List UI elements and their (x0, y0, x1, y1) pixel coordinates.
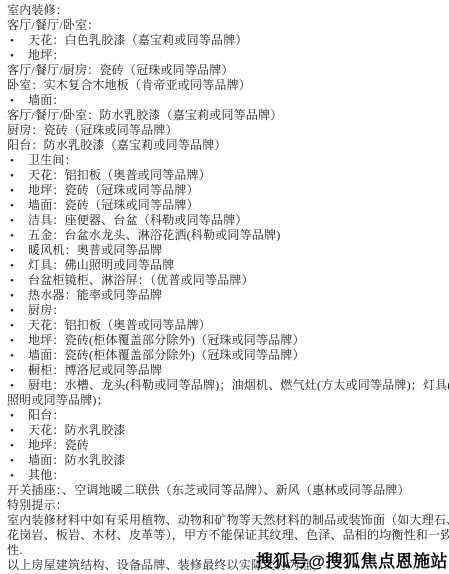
line-text: 客厅/餐厅/卧室： (7, 18, 99, 32)
line-text: 暖风机：奥普或同等品牌 (28, 243, 162, 257)
line-text: 墙面： (28, 93, 65, 107)
bullet-list-item: •热水器：能率或同等品牌 (0, 288, 449, 303)
bullet-list-item: •暖风机：奥普或同等品牌 (0, 243, 449, 258)
bullet-icon: • (10, 454, 28, 469)
line-text: 照明或同等品牌)； (7, 393, 109, 407)
line-text: 阳台：防水乳胶漆（嘉宝莉或同等品牌） (7, 138, 227, 152)
bullet-icon: • (10, 154, 28, 169)
bullet-icon: • (10, 94, 28, 109)
line-text: 五金：台盆水龙头、淋浴花洒(科勒或同等品牌) (28, 228, 280, 242)
line-text: 客厅/餐厅/卧室：防水乳胶漆（嘉宝莉或同等品牌） (7, 108, 282, 122)
bullet-list-item: •天花：铝扣板（奥普或同等品牌） (0, 168, 449, 183)
line-text: 墙面：防水乳胶漆 (28, 453, 126, 467)
bullet-list-item: •橱柜：博洛尼或同等品牌 (0, 363, 449, 378)
line-text: 天花：防水乳胶漆 (28, 423, 126, 437)
line-text: 开关插座：、空调地暖二联供（东芝或同等品牌）、新风（惠林或同等品牌） (7, 483, 410, 497)
line-text: 性. (7, 543, 22, 557)
bullet-icon: • (10, 364, 28, 379)
line-text: 室内装修： (7, 3, 68, 17)
bullet-list-item: •厨电：水槽、龙头(科勒或同等品牌)；油烟机、燃气灶(方太或同等品牌)；灯具(佛… (0, 378, 449, 393)
bullet-icon: • (10, 259, 28, 274)
line-text: 阳台： (28, 408, 65, 422)
bullet-icon: • (10, 169, 28, 184)
line-text: 天花：铝扣板（奥普或同等品牌） (28, 318, 211, 332)
bullet-list-item: •墙面：瓷砖（冠珠或同等品牌） (0, 198, 449, 213)
bullet-list-item: •台盆柜镜柜、淋浴屏：（优普或同等品牌） (0, 273, 449, 288)
document-line: 阳台：防水乳胶漆（嘉宝莉或同等品牌） (0, 138, 449, 153)
bullet-icon: • (10, 469, 28, 484)
bullet-list-item: •地坪： (0, 48, 449, 63)
bullet-list-item: •墙面： (0, 93, 449, 108)
bullet-icon: • (10, 304, 28, 319)
bullet-icon: • (10, 49, 28, 64)
bullet-list-item: •墙面：防水乳胶漆 (0, 453, 449, 468)
line-text: 其他： (28, 468, 65, 482)
line-text: 厨房：瓷砖（冠珠或同等品牌） (7, 123, 178, 137)
line-text: 厨房： (28, 303, 65, 317)
line-text: 地坪： (28, 48, 65, 62)
bullet-list-item: •卫生间： (0, 153, 449, 168)
bullet-icon: • (10, 244, 28, 259)
bullet-list-item: •地坪：瓷砖（冠珠或同等品牌） (0, 183, 449, 198)
sohu-watermark: 搜狐号@搜狐焦点恩施站 (256, 547, 448, 572)
line-text: 洁具：座便器、台盆（科勒或同等品牌） (28, 213, 248, 227)
document-line: 客厅/餐厅/卧室： (0, 18, 449, 33)
bullet-icon: • (10, 274, 28, 289)
bullet-icon: • (10, 184, 28, 199)
bullet-icon: • (10, 199, 28, 214)
line-text: 厨电：水槽、龙头(科勒或同等品牌)；油烟机、燃气灶(方太或同等品牌)；灯具(佛山 (28, 378, 449, 392)
line-text: 室内装修材料中如有采用植物、动物和矿物等天然材料的制品或装饰面（如大理石、 (7, 513, 449, 527)
bullet-icon: • (10, 349, 28, 364)
line-text: 天花：铝扣板（奥普或同等品牌） (28, 168, 211, 182)
line-text: 地坪：瓷砖(柜体覆盖部分除外)（冠珠或同等品牌） (28, 333, 305, 347)
line-text: 热水器：能率或同等品牌 (28, 288, 162, 302)
bullet-list-item: •阳台： (0, 408, 449, 423)
bullet-icon: • (10, 214, 28, 229)
line-text: 墙面：瓷砖（冠珠或同等品牌） (28, 198, 199, 212)
bullet-list-item: •地坪：瓷砖(柜体覆盖部分除外)（冠珠或同等品牌） (0, 333, 449, 348)
bullet-list-item: •厨房： (0, 303, 449, 318)
document-line: 厨房：瓷砖（冠珠或同等品牌） (0, 123, 449, 138)
bullet-list-item: •天花：防水乳胶漆 (0, 423, 449, 438)
line-text: 墙面：瓷砖(柜体覆盖部分除外)（冠珠或同等品牌） (28, 348, 305, 362)
line-text: 地坪：瓷砖（冠珠或同等品牌） (28, 183, 199, 197)
line-text: 橱柜：博洛尼或同等品牌 (28, 363, 162, 377)
document-line: 照明或同等品牌)； (0, 393, 449, 408)
line-text: 卧室：实木复合木地板（肯帝亚或同等品牌） (7, 78, 251, 92)
line-text: 卫生间： (28, 153, 77, 167)
bullet-icon: • (10, 409, 28, 424)
bullet-icon: • (10, 289, 28, 304)
bullet-list-item: •其他： (0, 468, 449, 483)
document-line: 花岗岩、板岩、木材、皮革等），甲方不能保证其纹理、色泽、品相的均衡性和一致 (0, 528, 449, 543)
line-text: 天花：白色乳胶漆（嘉宝莉或同等品牌） (28, 33, 248, 47)
document-line: 室内装修： (0, 3, 449, 18)
document-line: 客厅/餐厅/卧室：防水乳胶漆（嘉宝莉或同等品牌） (0, 108, 449, 123)
bullet-list-item: •灯具：佛山照明或同等品牌 (0, 258, 449, 273)
decoration-spec-document: 室内装修：客厅/餐厅/卧室：•天花：白色乳胶漆（嘉宝莉或同等品牌）•地坪：客厅/… (0, 0, 449, 573)
document-line: 开关插座：、空调地暖二联供（东芝或同等品牌）、新风（惠林或同等品牌） (0, 483, 449, 498)
bullet-list-item: •墙面：瓷砖(柜体覆盖部分除外)（冠珠或同等品牌） (0, 348, 449, 363)
document-line: 卧室：实木复合木地板（肯帝亚或同等品牌） (0, 78, 449, 93)
line-text: 特别提示： (7, 498, 68, 512)
bullet-list-item: •天花：铝扣板（奥普或同等品牌） (0, 318, 449, 333)
bullet-list-item: •五金：台盆水龙头、淋浴花洒(科勒或同等品牌) (0, 228, 449, 243)
document-line: 特别提示： (0, 498, 449, 513)
bullet-icon: • (10, 424, 28, 439)
bullet-icon: • (10, 334, 28, 349)
bullet-icon: • (10, 34, 28, 49)
bullet-icon: • (10, 229, 28, 244)
bullet-list-item: •地坪：瓷砖 (0, 438, 449, 453)
bullet-icon: • (10, 379, 28, 394)
line-text: 地坪：瓷砖 (28, 438, 89, 452)
line-text: 台盆柜镜柜、淋浴屏：（优普或同等品牌） (28, 273, 254, 287)
bullet-icon: • (10, 319, 28, 334)
bullet-list-item: •天花：白色乳胶漆（嘉宝莉或同等品牌） (0, 33, 449, 48)
document-line: 室内装修材料中如有采用植物、动物和矿物等天然材料的制品或装饰面（如大理石、 (0, 513, 449, 528)
document-line: 客厅/餐厅/厨房：瓷砖（冠珠或同等品牌） (0, 63, 449, 78)
line-text: 灯具：佛山照明或同等品牌 (28, 258, 174, 272)
bullet-list-item: •洁具：座便器、台盆（科勒或同等品牌） (0, 213, 449, 228)
bullet-icon: • (10, 439, 28, 454)
line-text: 客厅/餐厅/厨房：瓷砖（冠珠或同等品牌） (7, 63, 234, 77)
line-text: 花岗岩、板岩、木材、皮革等），甲方不能保证其纹理、色泽、品相的均衡性和一致 (7, 528, 449, 542)
